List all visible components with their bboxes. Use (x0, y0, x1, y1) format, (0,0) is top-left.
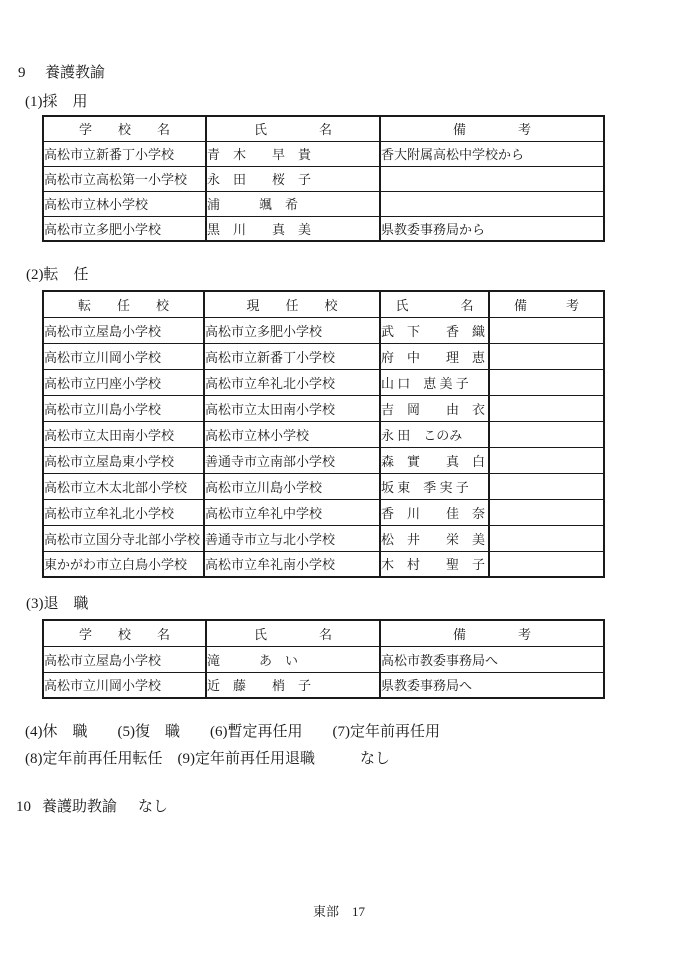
retirement-table: 学 校 名 氏 名 備 考 高松市立屋島小学校 滝 あ い 高松市教委事務局へ … (42, 619, 605, 699)
page-footer: 東部 17 (313, 904, 365, 920)
table-row: 高松市立川岡小学校 近 藤 梢 子 県教委事務局へ (43, 672, 604, 698)
school-cell: 高松市立新番丁小学校 (43, 141, 206, 166)
name-cell: 黒 川 真 美 (206, 216, 380, 241)
new-school-cell: 高松市立牟礼北小学校 (43, 499, 204, 525)
name-cell: 松 井 栄 美 (380, 525, 489, 551)
current-school-cell: 高松市立牟礼中学校 (204, 499, 380, 525)
name-cell: 木 村 聖 子 (380, 551, 489, 577)
hiring-table: 学 校 名 氏 名 備 考 高松市立新番丁小学校 青 木 早 貴 香大附属高松中… (42, 115, 605, 242)
new-school-cell: 高松市立川岡小学校 (43, 343, 204, 369)
school-cell: 高松市立屋島小学校 (43, 646, 206, 672)
school-cell: 高松市立多肥小学校 (43, 216, 206, 241)
remarks-cell (380, 166, 604, 191)
name-cell: 永 田 このみ (380, 421, 489, 447)
new-school-cell: 高松市立国分寺北部小学校 (43, 525, 204, 551)
new-school-cell: 高松市立川島小学校 (43, 395, 204, 421)
column-header-new-school: 転 任 校 (43, 291, 204, 317)
name-cell: 山 口 恵 美 子 (380, 369, 489, 395)
table-row: 高松市立円座小学校 高松市立牟礼北小学校 山 口 恵 美 子 (43, 369, 604, 395)
subsection4-7-line: (4)休 職 (5)復 職 (6)暫定再任用 (7)定年前再任用 (25, 723, 440, 741)
table-row: 高松市立国分寺北部小学校 善通寺市立与北小学校 松 井 栄 美 (43, 525, 604, 551)
table-row: 高松市立太田南小学校 高松市立林小学校 永 田 このみ (43, 421, 604, 447)
new-school-cell: 高松市立木太北部小学校 (43, 473, 204, 499)
column-header-remarks: 備 考 (489, 291, 604, 317)
table-row: 高松市立屋島小学校 高松市立多肥小学校 武 下 香 織 (43, 317, 604, 343)
section10-title: 養護助教諭 (42, 798, 117, 816)
table-row: 高松市立新番丁小学校 青 木 早 貴 香大附属高松中学校から (43, 141, 604, 166)
subsection3-heading: (3)退 職 (26, 595, 89, 613)
current-school-cell: 高松市立多肥小学校 (204, 317, 380, 343)
column-header-person-name: 氏 名 (206, 620, 380, 646)
table-row: 高松市立牟礼北小学校 高松市立牟礼中学校 香 川 佳 奈 (43, 499, 604, 525)
name-cell: 武 下 香 織 (380, 317, 489, 343)
remarks-cell (489, 551, 604, 577)
current-school-cell: 高松市立林小学校 (204, 421, 380, 447)
remarks-cell: 香大附属高松中学校から (380, 141, 604, 166)
table-row: 高松市立多肥小学校 黒 川 真 美 県教委事務局から (43, 216, 604, 241)
name-cell: 青 木 早 貴 (206, 141, 380, 166)
remarks-cell (489, 447, 604, 473)
column-header-school-name: 学 校 名 (43, 116, 206, 141)
name-cell: 滝 あ い (206, 646, 380, 672)
remarks-cell (489, 395, 604, 421)
table-header-row: 学 校 名 氏 名 備 考 (43, 620, 604, 646)
new-school-cell: 高松市立円座小学校 (43, 369, 204, 395)
current-school-cell: 高松市立川島小学校 (204, 473, 380, 499)
remarks-cell (489, 369, 604, 395)
column-header-remarks: 備 考 (380, 620, 604, 646)
new-school-cell: 高松市立太田南小学校 (43, 421, 204, 447)
document-page: 9 養護教諭 (1)採 用 学 校 名 氏 名 備 考 高松市立新番丁小学校 青… (0, 0, 680, 961)
remarks-cell (489, 421, 604, 447)
current-school-cell: 高松市立牟礼北小学校 (204, 369, 380, 395)
section9-number: 9 (18, 64, 26, 82)
school-cell: 高松市立高松第一小学校 (43, 166, 206, 191)
column-header-current-school: 現 任 校 (204, 291, 380, 317)
name-cell: 森 實 真 白 (380, 447, 489, 473)
section10-value: なし (138, 798, 168, 816)
name-cell: 坂 東 季 実 子 (380, 473, 489, 499)
new-school-cell: 高松市立屋島東小学校 (43, 447, 204, 473)
table-row: 高松市立屋島小学校 滝 あ い 高松市教委事務局へ (43, 646, 604, 672)
table-row: 高松市立高松第一小学校 永 田 桜 子 (43, 166, 604, 191)
remarks-cell (489, 317, 604, 343)
remarks-cell (489, 343, 604, 369)
remarks-cell: 県教委事務局へ (380, 672, 604, 698)
current-school-cell: 善通寺市立与北小学校 (204, 525, 380, 551)
section9-title: 養護教諭 (45, 64, 105, 82)
name-cell: 府 中 理 恵 (380, 343, 489, 369)
name-cell: 近 藤 梢 子 (206, 672, 380, 698)
name-cell: 浦 颯 希 (206, 191, 380, 216)
column-header-remarks: 備 考 (380, 116, 604, 141)
current-school-cell: 高松市立新番丁小学校 (204, 343, 380, 369)
name-cell: 香 川 佳 奈 (380, 499, 489, 525)
current-school-cell: 善通寺市立南部小学校 (204, 447, 380, 473)
table-header-row: 転 任 校 現 任 校 氏 名 備 考 (43, 291, 604, 317)
remarks-cell (489, 499, 604, 525)
table-row: 東かがわ市立白鳥小学校 高松市立牟礼南小学校 木 村 聖 子 (43, 551, 604, 577)
table-row: 高松市立川島小学校 高松市立太田南小学校 吉 岡 由 衣 (43, 395, 604, 421)
table-row: 高松市立林小学校 浦 颯 希 (43, 191, 604, 216)
new-school-cell: 高松市立屋島小学校 (43, 317, 204, 343)
current-school-cell: 高松市立太田南小学校 (204, 395, 380, 421)
school-cell: 高松市立林小学校 (43, 191, 206, 216)
current-school-cell: 高松市立牟礼南小学校 (204, 551, 380, 577)
name-cell: 永 田 桜 子 (206, 166, 380, 191)
remarks-cell (489, 525, 604, 551)
subsection1-heading: (1)採 用 (25, 93, 88, 111)
subsection8-9-line: (8)定年前再任用転任 (9)定年前再任用退職 なし (25, 750, 390, 768)
new-school-cell: 東かがわ市立白鳥小学校 (43, 551, 204, 577)
table-row: 高松市立屋島東小学校 善通寺市立南部小学校 森 實 真 白 (43, 447, 604, 473)
subsection2-heading: (2)転 任 (26, 266, 89, 284)
remarks-cell (380, 191, 604, 216)
table-row: 高松市立川岡小学校 高松市立新番丁小学校 府 中 理 恵 (43, 343, 604, 369)
column-header-school-name: 学 校 名 (43, 620, 206, 646)
remarks-cell (489, 473, 604, 499)
table-row: 高松市立木太北部小学校 高松市立川島小学校 坂 東 季 実 子 (43, 473, 604, 499)
remarks-cell: 県教委事務局から (380, 216, 604, 241)
column-header-person-name: 氏 名 (206, 116, 380, 141)
transfer-table: 転 任 校 現 任 校 氏 名 備 考 高松市立屋島小学校 高松市立多肥小学校 … (42, 290, 605, 578)
name-cell: 吉 岡 由 衣 (380, 395, 489, 421)
school-cell: 高松市立川岡小学校 (43, 672, 206, 698)
remarks-cell: 高松市教委事務局へ (380, 646, 604, 672)
section10-number: 10 (16, 798, 31, 816)
table-header-row: 学 校 名 氏 名 備 考 (43, 116, 604, 141)
column-header-person-name: 氏 名 (380, 291, 489, 317)
